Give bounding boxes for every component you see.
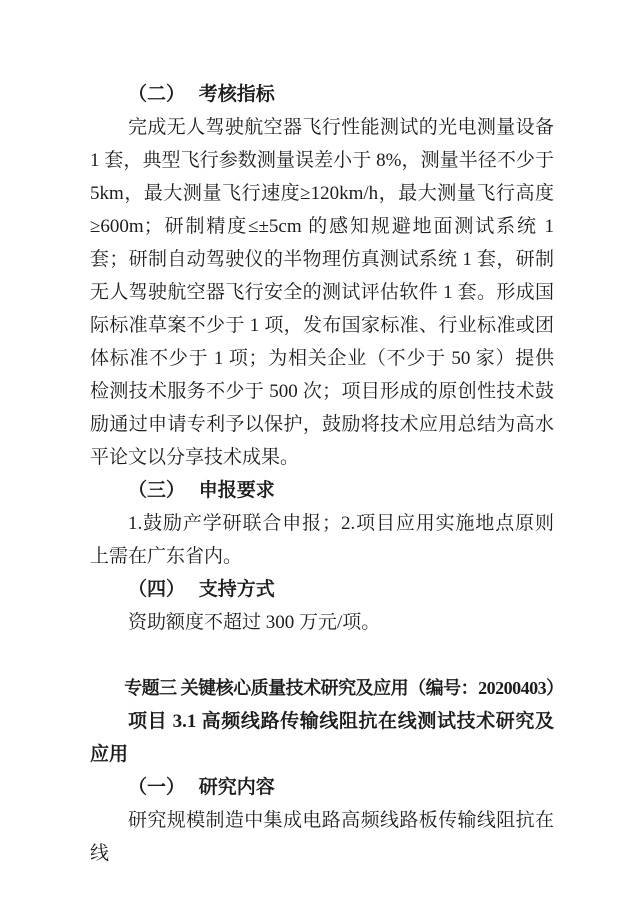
heading-number: （一）	[128, 777, 185, 798]
heading-number: （四）	[128, 579, 185, 600]
section-heading-assessment-indicators: （二）考核指标	[90, 78, 554, 111]
heading-title: 支持方式	[199, 579, 275, 600]
project-3-1-heading: 项目 3.1 高频线路传输线阻抗在线测试技术研究及应用	[90, 705, 554, 771]
paragraph-assessment-indicators: 完成无人驾驶航空器飞行性能测试的光电测量设备 1 套，典型飞行参数测量误差小于 …	[90, 111, 554, 474]
paragraph-funding-amount: 资助额度不超过 300 万元/项。	[90, 606, 554, 639]
heading-title: 申报要求	[199, 480, 275, 501]
section-heading-research-content: （一）研究内容	[90, 771, 554, 804]
topic-three-heading: 专题三 关键核心质量技术研究及应用（编号：20200403）	[90, 672, 554, 705]
document-page: （二）考核指标 完成无人驾驶航空器飞行性能测试的光电测量设备 1 套，典型飞行参…	[0, 0, 640, 905]
heading-title: 考核指标	[199, 84, 275, 105]
heading-number: （三）	[128, 480, 185, 501]
heading-number: （二）	[128, 84, 185, 105]
section-heading-support-method: （四）支持方式	[90, 573, 554, 606]
section-heading-application-requirements: （三）申报要求	[90, 474, 554, 507]
paragraph-application-requirements: 1.鼓励产学研联合申报；2.项目应用实施地点原则上需在广东省内。	[90, 507, 554, 573]
paragraph-research-content: 研究规模制造中集成电路高频线路板传输线阻抗在线	[90, 804, 554, 870]
blank-line	[90, 639, 554, 672]
heading-title: 研究内容	[199, 777, 275, 798]
